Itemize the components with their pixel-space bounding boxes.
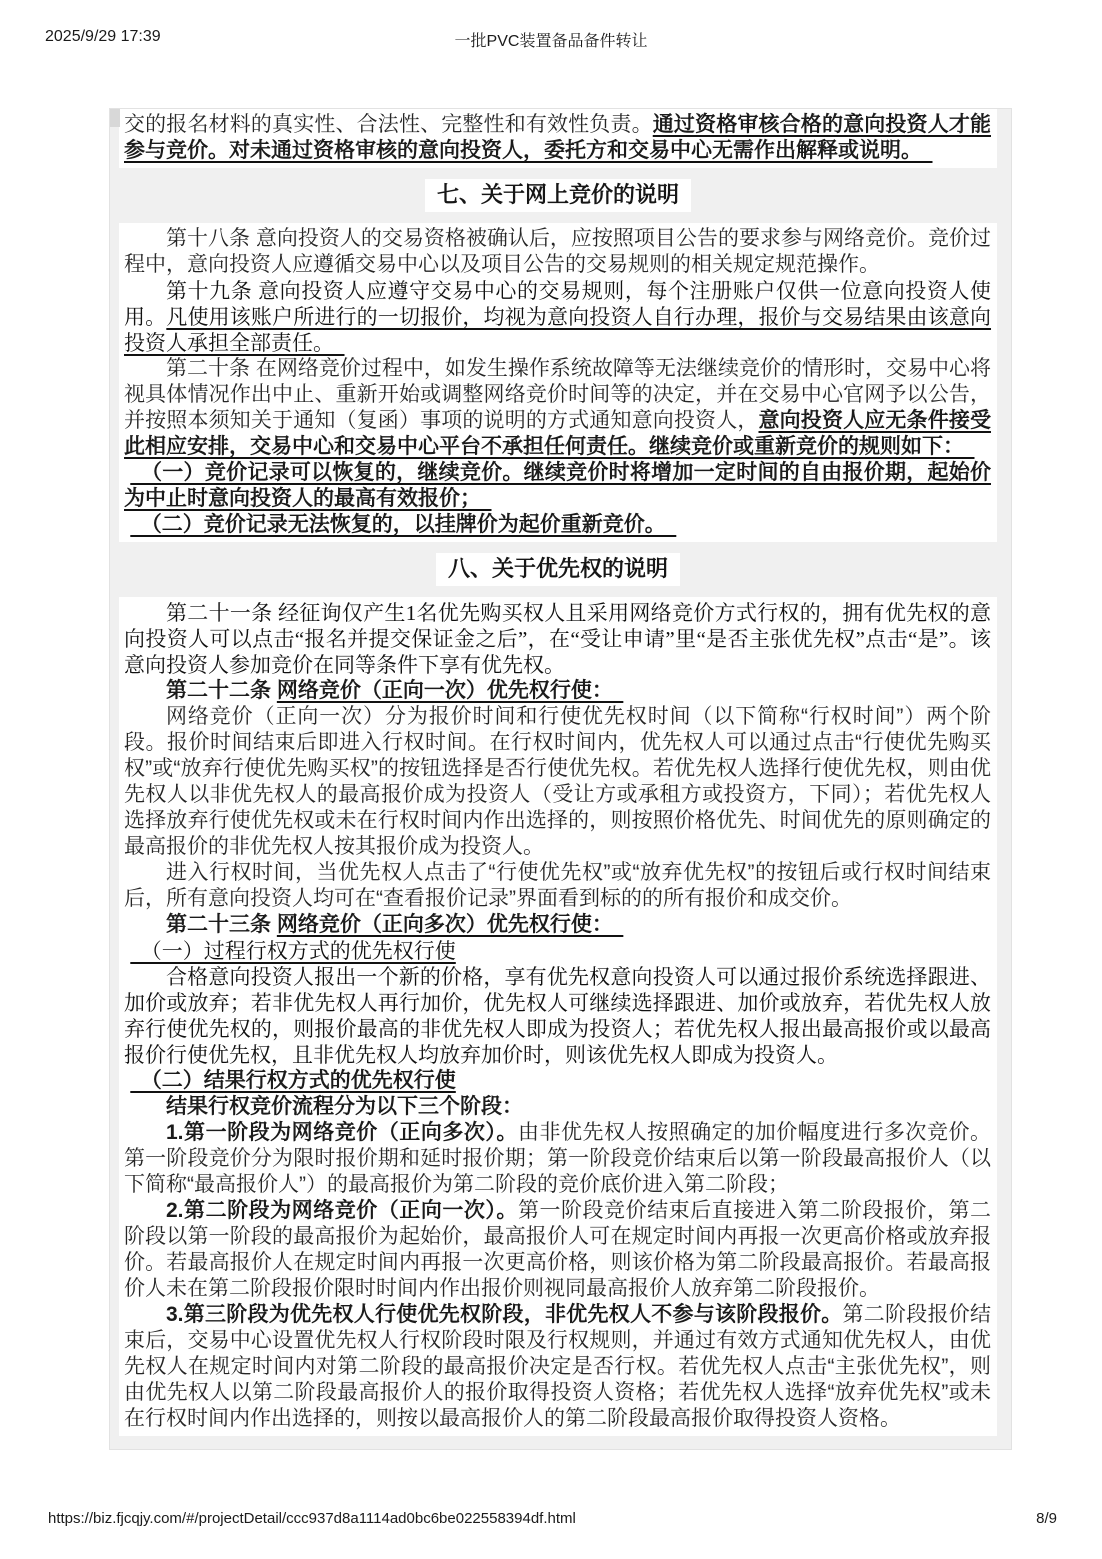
- text-run: 网络竞价（正向一次）分为报价时间和行使优先权时间（以下简称“行权时间”）两个阶段…: [124, 705, 991, 858]
- text-run: （一）过程行权方式的优先权行使: [130, 939, 456, 963]
- text-run: （二）竞价记录无法恢复的，以挂牌价为起价重新竞价。: [130, 513, 676, 536]
- section-heading-row: 七、关于网上竞价的说明: [119, 179, 997, 212]
- paragraph: 第二十条 在网络竞价过程中，如发生操作系统故障等无法继续竞价的情形时，交易中心将…: [124, 356, 991, 460]
- text-run: （一）竞价记录可以恢复的，继续竞价。继续竞价时将增加一定时间的自由报价期，起始价…: [124, 461, 991, 510]
- paragraph: 2.第二阶段为网络竞价（正向一次）。第一阶段竞价结束后直接进入第二阶段报价，第二…: [124, 1198, 991, 1302]
- paragraph: 合格意向投资人报出一个新的价格，享有优先权意向投资人可以通过报价系统选择跟进、加…: [124, 964, 991, 1068]
- text-run: 第二十二条: [166, 679, 277, 702]
- print-header: 2025/9/29 17:39 一批PVC装置备品备件转让: [0, 28, 1102, 50]
- text-run: 第二十三条: [166, 913, 277, 936]
- page-number: 8/9: [1036, 1510, 1057, 1527]
- text-run: 合格意向投资人报出一个新的价格，享有优先权意向投资人可以通过报价系统选择跟进、加…: [124, 965, 991, 1067]
- paragraph: 3.第三阶段为优先权人行使优先权阶段，非优先权人不参与该阶段报价。第二阶段报价结…: [124, 1302, 991, 1432]
- paragraph: 第十九条 意向投资人应遵守交易中心的交易规则，每个注册账户仅供一位意向投资人使用…: [124, 278, 991, 356]
- text-run: 网络竞价（正向多次）优先权行使：: [277, 913, 624, 936]
- document-body: 交的报名材料的真实性、合法性、完整性和有效性负责。通过资格审核合格的意向投资人才…: [119, 109, 997, 1436]
- text-run: 网络竞价（正向一次）优先权行使：: [277, 679, 624, 702]
- paragraph: （一）过程行权方式的优先权行使: [124, 938, 991, 964]
- paragraph: 第二十一条 经征询仅产生1名优先购买权人且采用网络竞价方式行权的，拥有优先权的意…: [124, 600, 991, 678]
- content-block: 交的报名材料的真实性、合法性、完整性和有效性负责。通过资格审核合格的意向投资人才…: [119, 109, 997, 168]
- paragraph: （二）结果行权方式的优先权行使: [124, 1068, 991, 1094]
- print-footer: https://biz.fjcqjy.com/#/projectDetail/c…: [0, 1510, 1102, 1532]
- text-run: 结果行权竞价流程分为以下三个阶段：: [166, 1095, 523, 1118]
- text-run: 第二十一条 经征询仅产生1名优先购买权人且采用网络竞价方式行权的，拥有优先权的意…: [124, 601, 991, 677]
- text-run: 1.第一阶段为网络竞价（正向多次）。: [166, 1121, 518, 1144]
- paragraph: 进入行权时间，当优先权人点击了“行使优先权”或“放弃优先权”的按钮后或行权时间结…: [124, 860, 991, 912]
- content-block: 第十八条 意向投资人的交易资格被确认后，应按照项目公告的要求参与网络竞价。竞价过…: [119, 223, 997, 542]
- paragraph: 网络竞价（正向一次）分为报价时间和行使优先权时间（以下简称“行权时间”）两个阶段…: [124, 704, 991, 860]
- section-heading-row: 八、关于优先权的说明: [119, 553, 997, 586]
- text-run: （二）结果行权方式的优先权行使: [130, 1069, 456, 1092]
- source-url: https://biz.fjcqjy.com/#/projectDetail/c…: [48, 1510, 576, 1527]
- paragraph: 第二十二条 网络竞价（正向一次）优先权行使：: [124, 678, 991, 704]
- section-heading: 八、关于优先权的说明: [436, 553, 680, 586]
- text-run: 3.第三阶段为优先权人行使优先权阶段，非优先权人不参与该阶段报价。: [166, 1303, 843, 1326]
- container-corner-decoration: [110, 109, 120, 127]
- content-block: 第二十一条 经征询仅产生1名优先购买权人且采用网络竞价方式行权的，拥有优先权的意…: [119, 597, 997, 1436]
- text-run: 凡使用该账户所进行的一切报价，均视为意向投资人自行办理，报价与交易结果由该意向投…: [124, 305, 991, 355]
- text-run: 第十八条 意向投资人的交易资格被确认后，应按照项目公告的要求参与网络竞价。竞价过…: [124, 227, 991, 276]
- text-run: 进入行权时间，当优先权人点击了“行使优先权”或“放弃优先权”的按钮后或行权时间结…: [124, 861, 991, 910]
- page-title: 一批PVC装置备品备件转让: [0, 28, 1102, 51]
- text-run: 2.第二阶段为网络竞价（正向一次）。: [166, 1199, 518, 1222]
- paragraph: 1.第一阶段为网络竞价（正向多次）。由非优先权人按照确定的加价幅度进行多次竞价。…: [124, 1120, 991, 1198]
- paragraph: （一）竞价记录可以恢复的，继续竞价。继续竞价时将增加一定时间的自由报价期，起始价…: [124, 460, 991, 512]
- document-container: 交的报名材料的真实性、合法性、完整性和有效性负责。通过资格审核合格的意向投资人才…: [109, 108, 1012, 1450]
- section-heading: 七、关于网上竞价的说明: [425, 179, 691, 212]
- paragraph: 交的报名材料的真实性、合法性、完整性和有效性负责。通过资格审核合格的意向投资人才…: [124, 112, 991, 164]
- paragraph: 第十八条 意向投资人的交易资格被确认后，应按照项目公告的要求参与网络竞价。竞价过…: [124, 226, 991, 278]
- paragraph: （二）竞价记录无法恢复的，以挂牌价为起价重新竞价。: [124, 512, 991, 538]
- paragraph: 结果行权竞价流程分为以下三个阶段：: [124, 1094, 991, 1120]
- paragraph: 第二十三条 网络竞价（正向多次）优先权行使：: [124, 912, 991, 938]
- text-run: 交的报名材料的真实性、合法性、完整性和有效性负责。: [124, 113, 653, 136]
